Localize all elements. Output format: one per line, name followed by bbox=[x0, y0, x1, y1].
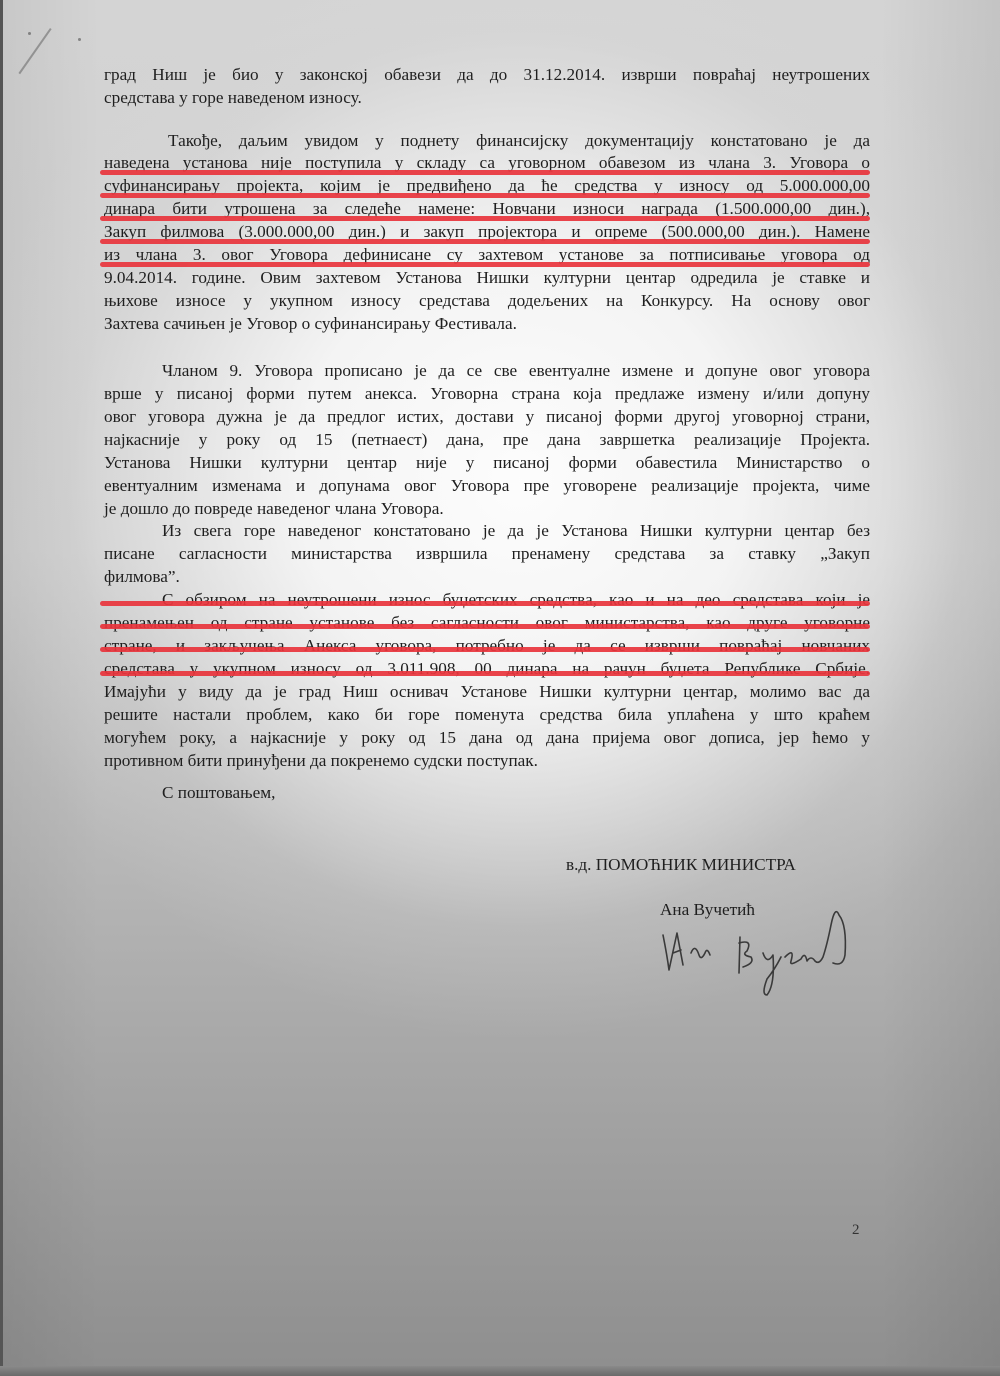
text-line: Такође, даљим увидом у поднету финансијс… bbox=[168, 130, 870, 152]
text-line: средстава у горе наведеном износу. bbox=[104, 87, 870, 109]
document-page: град Ниш је био у законској обавези да д… bbox=[0, 0, 1000, 1376]
text-line: пренамењен од стране установе без саглас… bbox=[104, 612, 870, 634]
text-line: решите настали проблем, како би горе пом… bbox=[104, 704, 870, 726]
red-underline-mark bbox=[100, 262, 870, 267]
red-underline-mark bbox=[100, 239, 870, 244]
pen-dot-mark bbox=[78, 38, 81, 41]
handwritten-signature-icon bbox=[655, 895, 860, 1005]
text-line: 9.04.2014. године. Овим захтевом Установ… bbox=[104, 267, 870, 289]
text-line: најкасније у року од 15 (петнаест) дана,… bbox=[104, 429, 870, 451]
text-line: Из свега горе наведеног констатовано је … bbox=[162, 520, 870, 542]
text-line: противном бити принуђени да покренемо су… bbox=[104, 750, 870, 772]
text-line: евентуалним изменама и допунама овог Уго… bbox=[104, 475, 870, 497]
text-line: Захтева сачињен је Уговор о суфинансирањ… bbox=[104, 313, 870, 335]
red-underline-mark bbox=[100, 671, 870, 676]
text-line: град Ниш је био у законској обавези да д… bbox=[104, 64, 870, 86]
text-line: овог уговора дужна је да предлог истих, … bbox=[104, 406, 870, 428]
text-line: писане сагласности министарства извршила… bbox=[104, 543, 870, 565]
text-line: Имајући у виду да је град Ниш оснивач Ус… bbox=[104, 681, 870, 703]
red-underline-mark bbox=[100, 193, 870, 198]
red-underline-mark bbox=[100, 216, 870, 221]
signatory-title: в.д. ПОМОЋНИК МИНИСТРА bbox=[566, 855, 796, 875]
pen-dot-mark bbox=[28, 32, 31, 35]
red-underline-mark bbox=[100, 647, 870, 652]
text-line: филмова”. bbox=[104, 566, 870, 588]
text-line: средстава у укупном износу од 3.011.908,… bbox=[104, 658, 870, 680]
page-number: 2 bbox=[852, 1222, 860, 1239]
text-line: могућем року, а најкасније у року од 15 … bbox=[104, 727, 870, 749]
scan-bottom-edge bbox=[0, 1366, 1000, 1376]
text-line: стране, и закључења Анекса уговора, потр… bbox=[104, 635, 870, 657]
closing-salutation: С поштовањем, bbox=[162, 783, 275, 803]
scan-edge bbox=[0, 0, 3, 1376]
text-line: врше у писаној форми путем анекса. Угово… bbox=[104, 383, 870, 405]
text-line: С обзиром на неутрошени износ буџетских … bbox=[162, 589, 870, 611]
text-line: њихове износе у укупном износу средстава… bbox=[104, 290, 870, 312]
pen-stroke-mark bbox=[18, 28, 51, 74]
red-underline-mark bbox=[100, 170, 870, 175]
red-underline-mark bbox=[100, 601, 870, 606]
text-line: Установа Нишки културни центар није у пи… bbox=[104, 452, 870, 474]
red-underline-mark bbox=[100, 624, 870, 629]
text-line: Чланом 9. Уговора прописано је да се све… bbox=[162, 360, 870, 382]
text-line: је дошло до повреде наведеног члана Угов… bbox=[104, 498, 870, 520]
